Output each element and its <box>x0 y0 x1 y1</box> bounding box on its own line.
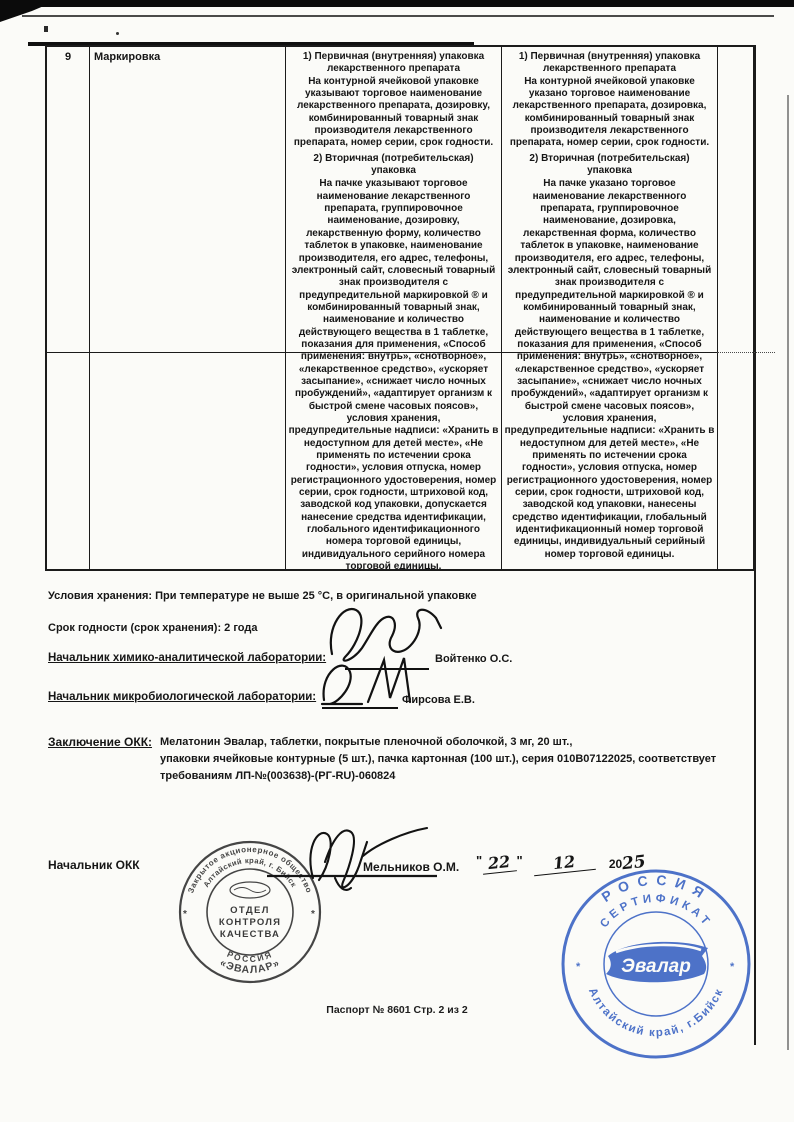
stamp-asterisk: * <box>311 909 315 920</box>
text-line: действующего вещества в 1 таблетке, <box>502 327 717 339</box>
text-line: идентификационный номер торговой <box>502 524 717 536</box>
text-line: серии, срок годности, штриховой код, <box>502 487 717 499</box>
okk-head-name: Мельников О.М. <box>363 860 459 874</box>
text-line: производителя лекарственного <box>502 125 717 137</box>
requirements-cell: 1) Первичная (внутренняя) упаковкалекарс… <box>286 47 502 569</box>
quote-mark: " <box>516 853 522 868</box>
text-line: лекарственного препарата <box>502 63 717 75</box>
text-line: указано торговое наименование <box>502 88 717 100</box>
stamp-center-line: КОНТРОЛЯ <box>219 917 281 928</box>
stamp-asterisk: * <box>576 961 581 973</box>
text-line: пробуждений», «адаптирует организм к <box>286 388 501 400</box>
actual-cell: 1) Первичная (внутренняя) упаковкалекарс… <box>502 47 718 569</box>
text-line: комбинированный товарный знак, <box>286 302 501 314</box>
text-line: знак производителя с <box>502 277 717 289</box>
text-line: производителя лекарственного <box>286 125 501 137</box>
text-line: номер торговой единицы. <box>502 549 717 561</box>
text-line: предупредительные надписи: «Хранить в <box>286 425 501 437</box>
text-line: пробуждений», «адаптирует организм к <box>502 388 717 400</box>
text-line: комбинированный товарный знак, <box>502 302 717 314</box>
stamp-asterisk: * <box>183 909 187 920</box>
text-line: индивидуального серийного номера <box>286 549 501 561</box>
text-line: 2) Вторичная (потребительская) <box>286 153 501 165</box>
text-line: заводской код упаковки, нанесены <box>502 499 717 511</box>
empty-cell <box>718 47 753 569</box>
text-line: применения: внутрь», «снотворное», <box>502 351 717 363</box>
text-line: недоступном для детей месте», «Не <box>286 438 501 450</box>
date-day: 22 <box>481 851 517 874</box>
text-line: предупредительной маркировкой ® и <box>502 290 717 302</box>
text-line: производителя, его адрес, телефоны, <box>502 253 717 265</box>
text-line: предупредительные надписи: «Хранить в <box>502 425 717 437</box>
text-line: электронный сайт, словесный товарный <box>286 265 501 277</box>
certification-stamp: РОССИЯ СЕРТИФИКАТ Алтайский край, г.Бийс… <box>556 864 756 1064</box>
okk-conclusion-text: Мелатонин Эвалар, таблетки, покрытые пле… <box>160 734 716 786</box>
text-line: применения: внутрь», «снотворное», <box>286 351 501 363</box>
text-line: упаковка <box>502 165 717 177</box>
scan-artifact-horizontal-line <box>22 15 774 17</box>
text-line: На контурной ячейковой упаковке <box>502 76 717 88</box>
text-line: годности», условия отпуска, номер <box>502 462 717 474</box>
signature-underline <box>322 707 398 709</box>
text-line: серии, срок годности, штриховой код, <box>286 487 501 499</box>
text-line: 2) Вторичная (потребительская) <box>502 153 717 165</box>
text-line: засыпание», «снижает число ночных <box>502 376 717 388</box>
text-line: таблеток в упаковке, наименование <box>286 240 501 252</box>
text-line: условия хранения, <box>502 413 717 425</box>
scan-artifact-page-edge-line <box>787 95 789 1050</box>
text-line: годности», условия отпуска, номер <box>286 462 501 474</box>
text-line: упаковка <box>286 165 501 177</box>
text-line: электронный сайт, словесный товарный <box>502 265 717 277</box>
text-line: применять по истечении срока <box>286 450 501 462</box>
text-line: нанесение средства идентификации, <box>286 512 501 524</box>
text-line: производителя, его адрес, телефоны, <box>286 253 501 265</box>
text-line: указывают торговое наименование <box>286 88 501 100</box>
marking-table: 9 Маркировка 1) Первичная (внутренняя) у… <box>45 45 755 571</box>
text-line: упаковки ячейковые контурные (5 шт.), па… <box>160 751 716 768</box>
scan-artifact-top-edge <box>0 0 794 7</box>
text-line: средство идентификации, глобальный <box>502 512 717 524</box>
text-line: наименование и количество <box>502 314 717 326</box>
stamp-center-logo-text: Эвалар <box>621 956 691 977</box>
text-line: «лекарственное средство», «ускоряет <box>286 364 501 376</box>
text-line: заводской код упаковки, допускается <box>286 499 501 511</box>
text-line: препарата, группировочное <box>286 203 501 215</box>
text-line: препарата, номер серии, срок годности. <box>286 137 501 149</box>
text-line: недоступном для детей месте», «Не <box>502 438 717 450</box>
text-line: наименование и количество <box>286 314 501 326</box>
stamp-center-line: ОТДЕЛ <box>230 905 270 916</box>
text-line: регистрационного удостоверения, номер <box>502 475 717 487</box>
text-line: 1) Первичная (внутренняя) упаковка <box>286 51 501 63</box>
text-line: требованиям ЛП-№(003638)-(РГ-RU)-060824 <box>160 768 716 785</box>
chem-lab-head-name: Войтенко О.С. <box>435 653 512 665</box>
text-line: глобального идентификационного <box>286 524 501 536</box>
text-line: лекарственного препарата, дозировку, <box>286 100 501 112</box>
scanned-document-page: 9 Маркировка 1) Первичная (внутренняя) у… <box>0 0 794 1122</box>
text-line: Мелатонин Эвалар, таблетки, покрытые пле… <box>160 734 716 751</box>
table-row-divider-dotted <box>717 352 775 353</box>
text-line: номера торговой единицы, <box>286 536 501 548</box>
row-number-cell: 9 <box>47 47 90 569</box>
scan-speck <box>116 32 119 35</box>
shelf-life-line: Срок годности (срок хранения): 2 года <box>48 622 257 634</box>
text-line: показания для применения, «Способ <box>286 339 501 351</box>
text-line: На пачке указано торговое <box>502 178 717 190</box>
text-line: торговой единицы. <box>286 561 501 569</box>
page-footer: Паспорт № 8601 Стр. 2 из 2 <box>0 1004 794 1016</box>
chem-lab-head-title: Начальник химико-аналитической лаборатор… <box>48 652 326 664</box>
okk-conclusion-label: Заключение ОКК: <box>48 735 152 749</box>
text-line: показания для применения, «Способ <box>502 339 717 351</box>
text-line: наименование, дозировку, <box>286 215 501 227</box>
stamp-asterisk: * <box>730 961 735 973</box>
text-line: «лекарственное средство», «ускоряет <box>502 364 717 376</box>
text-line: препарата, группировочное <box>502 203 717 215</box>
text-line: единицы, индивидуальный серийный <box>502 536 717 548</box>
text-line: комбинированный товарный знак <box>502 113 717 125</box>
text-line: таблеток в упаковке, наименование <box>502 240 717 252</box>
melnikov-signature <box>255 822 445 894</box>
text-line: лекарственного препарата, дозировка, <box>502 100 717 112</box>
text-line: условия хранения, <box>286 413 501 425</box>
text-line: лекарственная форма, количество <box>502 228 717 240</box>
okk-head-title: Начальник ОКК <box>48 858 140 872</box>
stamp-center-line: КАЧЕСТВА <box>220 929 280 940</box>
text-line: регистрационного удостоверения, номер <box>286 475 501 487</box>
text-line: наименование, дозировка, <box>502 215 717 227</box>
text-line: быстрой смене часовых поясов», <box>502 401 717 413</box>
scan-artifact-top-left-blob <box>0 0 58 22</box>
micro-lab-head-title: Начальник микробиологической лаборатории… <box>48 691 316 703</box>
text-line: наименование лекарственного <box>286 191 501 203</box>
scan-speck <box>44 26 48 32</box>
text-line: На пачке указывают торговое <box>286 178 501 190</box>
text-line: На контурной ячейковой упаковке <box>286 76 501 88</box>
text-line: комбинированный товарный знак <box>286 113 501 125</box>
row-label-cell: Маркировка <box>90 47 286 569</box>
text-line: засыпание», «снижает число ночных <box>286 376 501 388</box>
text-line: 1) Первичная (внутренняя) упаковка <box>502 51 717 63</box>
text-line: знак производителя с <box>286 277 501 289</box>
table-row-divider <box>45 352 717 353</box>
text-line: лекарственную форму, количество <box>286 228 501 240</box>
text-line: наименование лекарственного <box>502 191 717 203</box>
text-line: быстрой смене часовых поясов», <box>286 401 501 413</box>
text-line: препарата, номер серии, срок годности. <box>502 137 717 149</box>
text-line: предупредительной маркировкой ® и <box>286 290 501 302</box>
micro-lab-head-name: Фирсова Е.В. <box>402 694 475 706</box>
text-line: действующего вещества в 1 таблетке, <box>286 327 501 339</box>
text-line: применять по истечении срока <box>502 450 717 462</box>
text-line: лекарственного препарата <box>286 63 501 75</box>
